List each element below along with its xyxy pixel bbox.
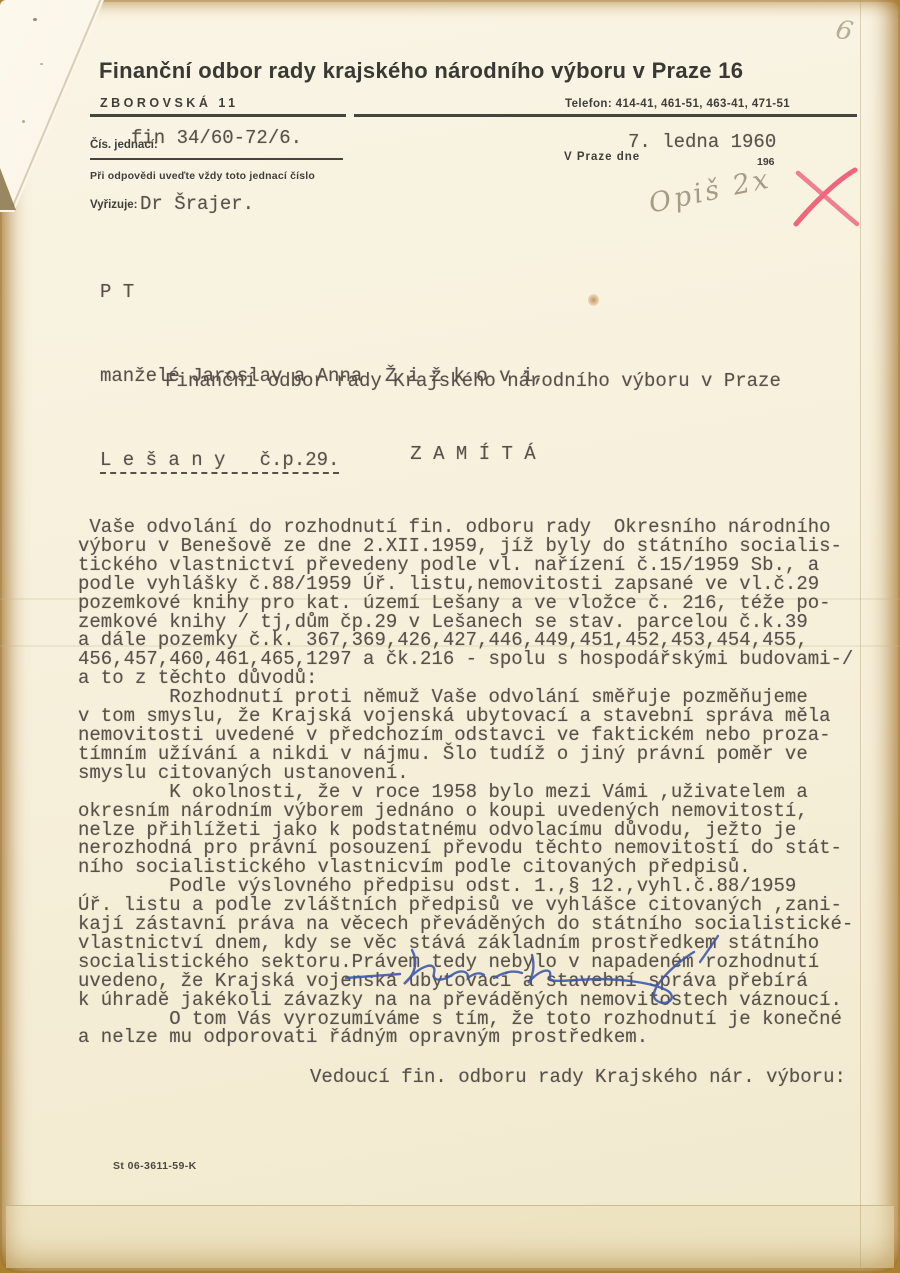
recipient-salutation: P T — [100, 278, 545, 306]
letterhead-title: Finanční odbor rady krajského národního … — [99, 58, 743, 84]
paper-speck — [33, 18, 37, 21]
body-paragraph: Rozhodnutí proti němuž Vaše odvolání smě… — [78, 688, 868, 783]
decision-block: Finanční odbor rady Krajského národního … — [78, 326, 868, 509]
handled-by-value: Dr Šrajer. — [140, 193, 254, 215]
reference-note: Při odpovědi uveďte vždy toto jednací čí… — [90, 170, 315, 182]
letterhead-street: ZBOROVSKÁ 11 — [100, 96, 239, 110]
pencil-corner-mark: 6 — [833, 15, 855, 48]
closing-signature-line: Vedoucí fin. odboru rady Krajského nár. … — [310, 1066, 868, 1088]
date-place-label: V Praze dne — [564, 151, 640, 163]
reference-number-value: fin 34/60-72/6. — [131, 127, 302, 149]
decision-verdict: Z A M Í T Á — [78, 443, 868, 465]
paper-speck — [22, 120, 25, 123]
letterhead-phone: Telefon: 414-41, 461-51, 463-41, 471-51 — [565, 98, 790, 110]
scanned-letter-page: Finanční odbor rady krajského národního … — [0, 0, 900, 1273]
pencil-note-opis: Opiš 2x — [646, 163, 774, 219]
paper-speck — [40, 63, 43, 65]
reference-rule — [90, 158, 343, 160]
letterhead-rule-right — [354, 114, 857, 117]
body-paragraph: O tom Vás vyrozumíváme s tím, že toto ro… — [78, 1010, 868, 1048]
form-number: St 06-3611-59-K — [113, 1160, 197, 1172]
red-x-mark-icon — [791, 166, 863, 230]
body-paragraph: K okolnosti, že v roce 1958 bylo mezi Vá… — [78, 783, 868, 878]
paper-stain — [588, 294, 599, 306]
handwritten-signature — [338, 928, 748, 1014]
decision-issuer: Finanční odbor rady Krajského národního … — [78, 370, 868, 392]
handled-by-label: Vyřizuje: — [90, 199, 138, 211]
body-paragraph: Vaše odvolání do rozhodnutí fin. odboru … — [78, 518, 868, 688]
letterhead-rule-left — [90, 114, 346, 117]
typed-date: 7. ledna 1960 — [628, 131, 776, 153]
bottom-page-edge — [6, 1205, 894, 1268]
